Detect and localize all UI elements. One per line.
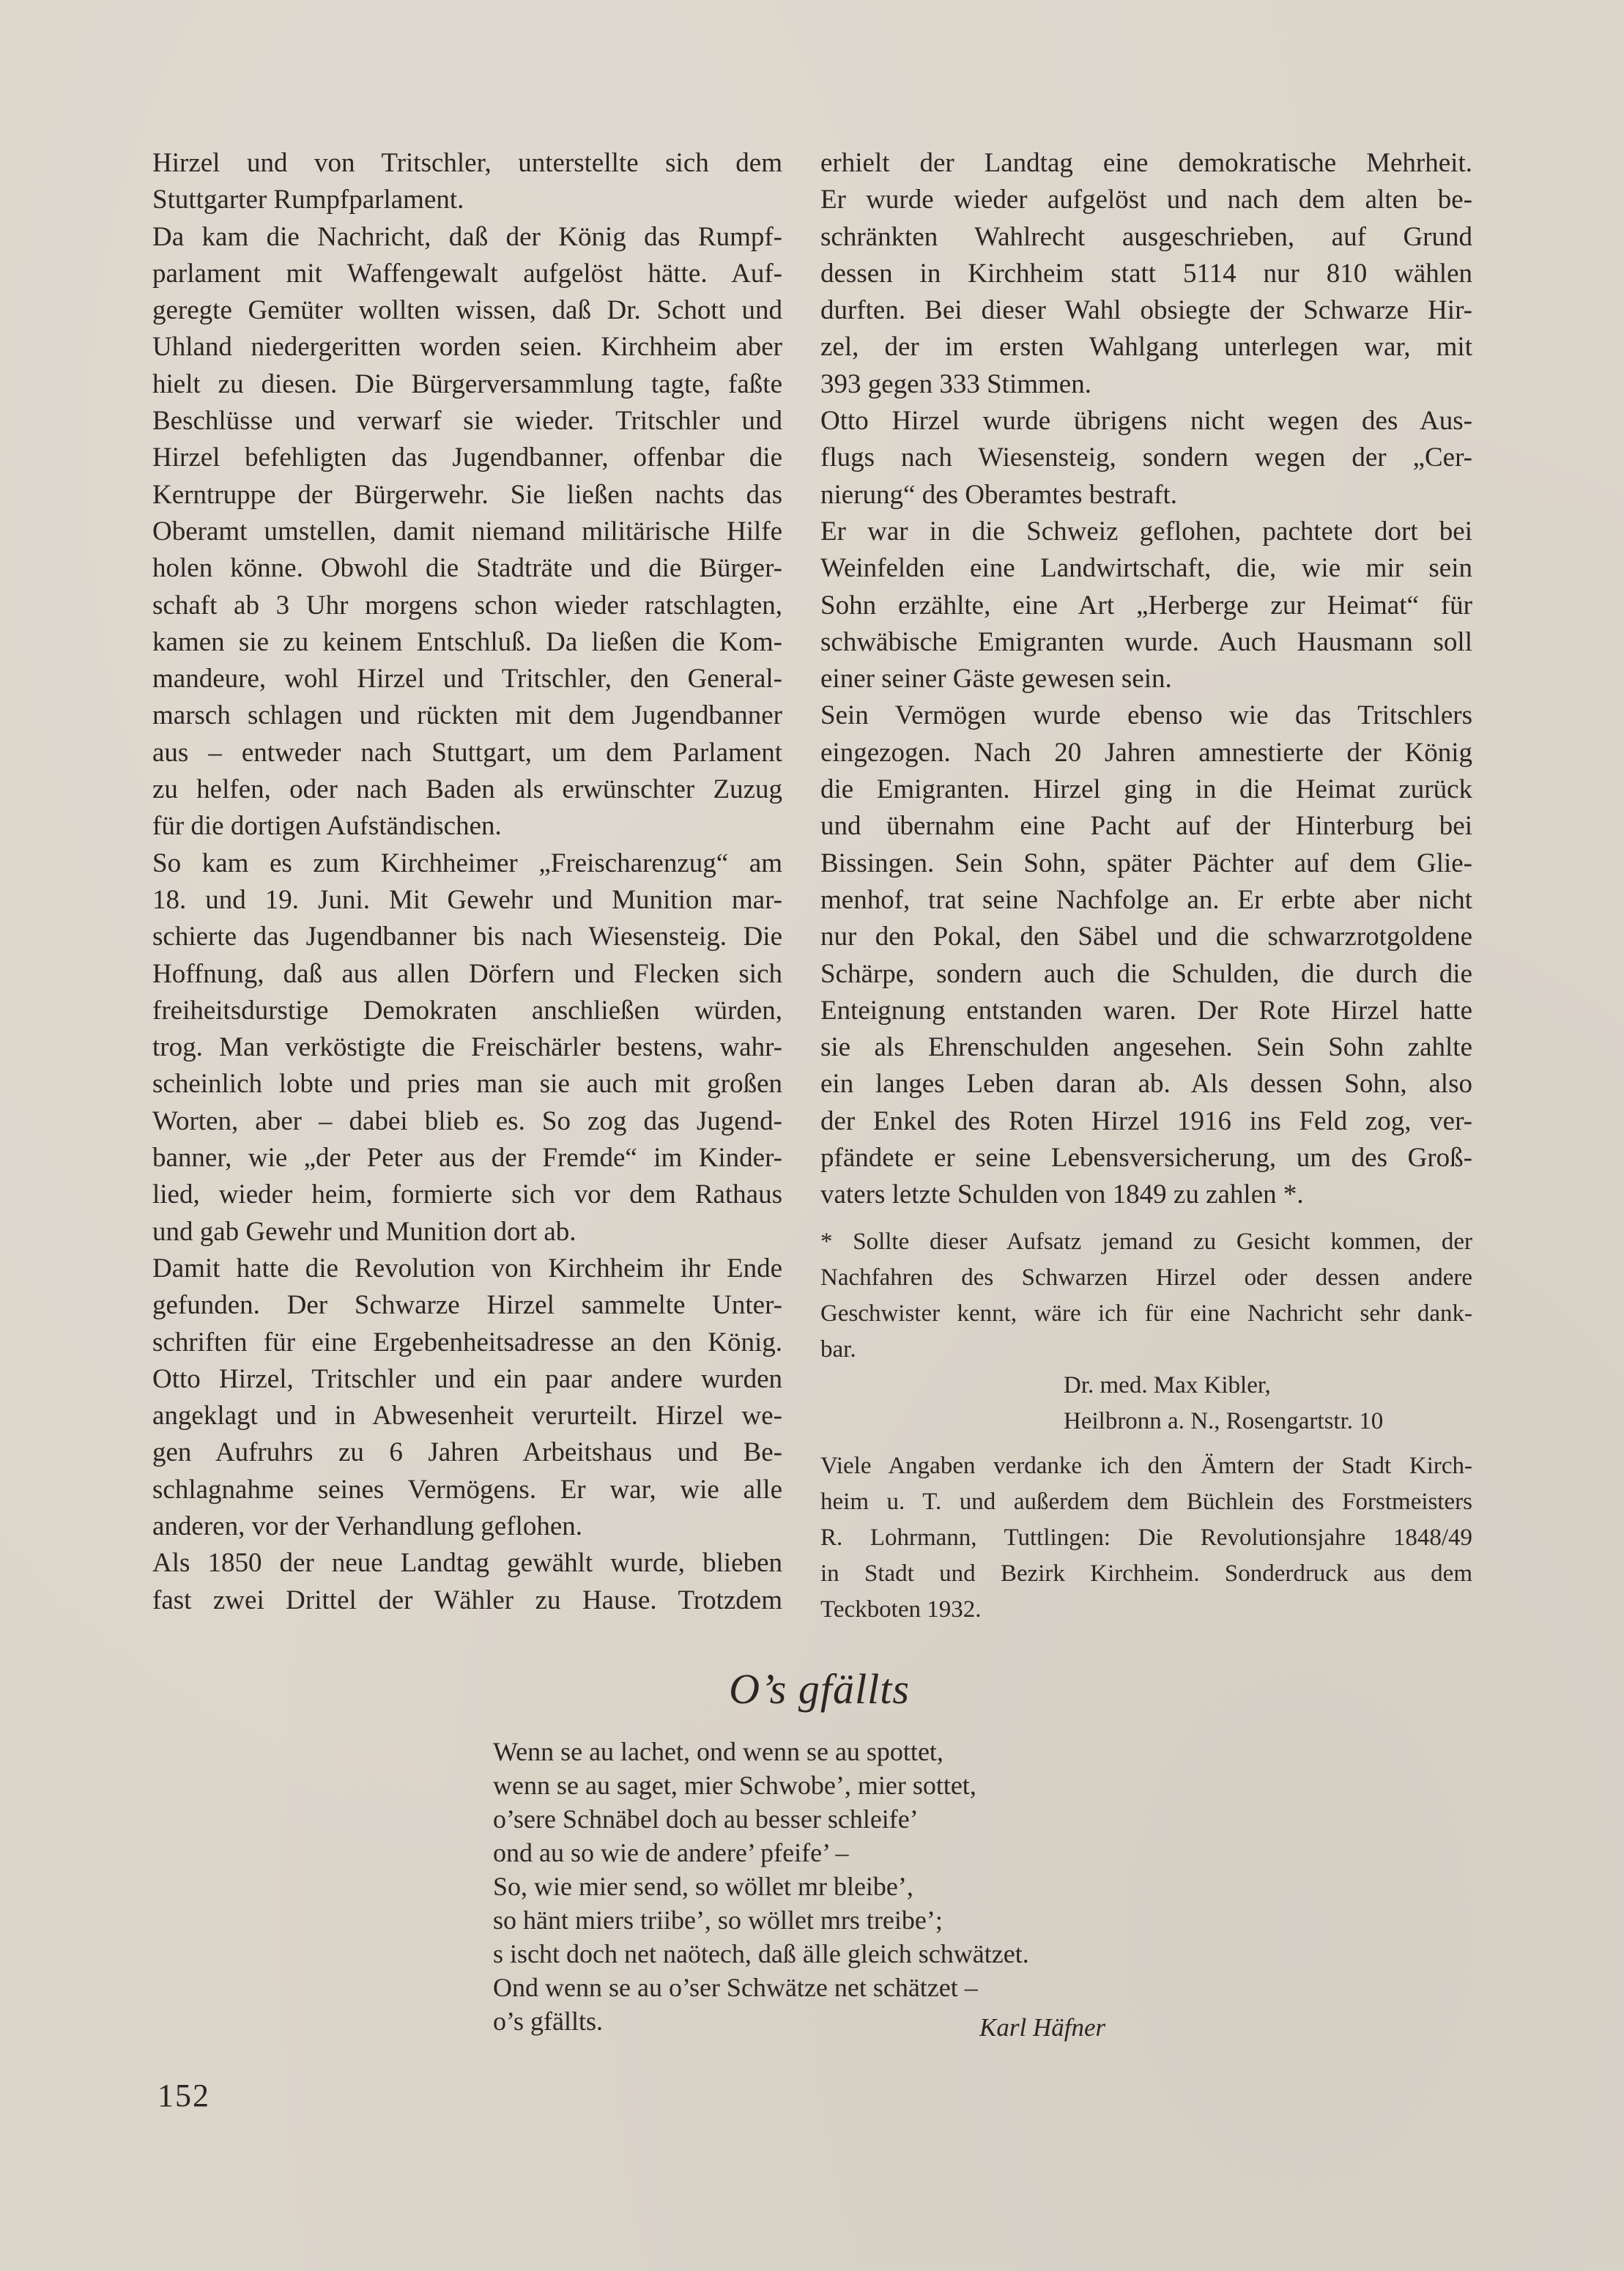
text-line: sie als Ehrenschulden angesehen. Sein So… xyxy=(820,1029,1472,1066)
poem-body: Wenn se au lachet, ond wenn se au spotte… xyxy=(493,1735,1029,2038)
paragraph: Er war in die Schweiz geflohen, pachtete… xyxy=(820,514,1472,697)
poem-verse: o’sere Schnäbel doch au besser schleife’ xyxy=(493,1802,1029,1836)
text-line: erhielt der Landtag eine demokratische M… xyxy=(820,145,1472,182)
text-line: kamen sie zu keinem Entschluß. Da ließen… xyxy=(152,624,782,661)
text-line: und übernahm eine Pacht auf der Hinterbu… xyxy=(820,808,1472,845)
text-line: Teckboten 1932. xyxy=(820,1592,1472,1628)
paragraph: Da kam die Nachricht, daß der König das … xyxy=(152,219,782,845)
text-line: der Enkel des Roten Hirzel 1916 ins Feld… xyxy=(820,1103,1472,1140)
text-line: einer seiner Gäste gewesen sein. xyxy=(820,661,1472,697)
text-line: Nachfahren des Schwarzen Hirzel oder des… xyxy=(820,1260,1472,1296)
poem-verse: Ond wenn se au o’ser Schwätze net schätz… xyxy=(493,1971,1029,2004)
text-line: anderen, vor der Verhandlung geflohen. xyxy=(152,1508,782,1545)
paragraph: So kam es zum Kirchheimer „Freischarenzu… xyxy=(152,845,782,1251)
text-line: Hirzel und von Tritschler, unterstellte … xyxy=(152,145,782,182)
text-line: flugs nach Wiesensteig, sondern wegen de… xyxy=(820,440,1472,476)
text-line: zel, der im ersten Wahlgang unterlegen w… xyxy=(820,329,1472,366)
text-line: * Sollte dieser Aufsatz jemand zu Gesich… xyxy=(820,1224,1472,1260)
text-line: Hoffnung, daß aus allen Dörfern und Flec… xyxy=(152,956,782,993)
poem-verse: So, wie mier send, so wöllet mr bleibe’, xyxy=(493,1870,1029,1903)
text-line: eingezogen. Nach 20 Jahren amnestierte d… xyxy=(820,735,1472,771)
text-line: Er war in die Schweiz geflohen, pachtete… xyxy=(820,514,1472,550)
text-line: und gab Gewehr und Munition dort ab. xyxy=(152,1214,782,1251)
text-line: Geschwister kennt, wäre ich für eine Nac… xyxy=(820,1296,1472,1332)
text-line: Bissingen. Sein Sohn, später Pächter auf… xyxy=(820,845,1472,882)
poem-verse: s ischt doch net naötech, daß älle gleic… xyxy=(493,1937,1029,1971)
article-left-column: Hirzel und von Tritschler, unterstellte … xyxy=(152,145,782,1619)
paragraph: Als 1850 der neue Landtag gewählt wurde,… xyxy=(152,1545,782,1619)
text-line: Hirzel befehligten das Jugendbanner, off… xyxy=(152,440,782,476)
text-line: bar. xyxy=(820,1332,1472,1368)
poem-verse: wenn se au saget, mier Schwobe’, mier so… xyxy=(493,1768,1029,1802)
text-line: durften. Bei dieser Wahl obsiegte der Sc… xyxy=(820,292,1472,329)
poem-verse: Wenn se au lachet, ond wenn se au spotte… xyxy=(493,1735,1029,1768)
text-line: die Emigranten. Hirzel ging in die Heima… xyxy=(820,771,1472,808)
text-line: marsch schlagen und rückten mit dem Juge… xyxy=(152,697,782,734)
text-line: 18. und 19. Juni. Mit Gewehr und Munitio… xyxy=(152,882,782,919)
poem-verse: so hänt miers triibe’, so wöllet mrs tre… xyxy=(493,1903,1029,1937)
text-line: trog. Man verköstigte die Freischärler b… xyxy=(152,1029,782,1066)
text-line: banner, wie „der Peter aus der Fremde“ i… xyxy=(152,1140,782,1177)
text-line: pfändete er seine Lebensversicherung, um… xyxy=(820,1140,1472,1177)
text-line: Kerntruppe der Bürgerwehr. Sie ließen na… xyxy=(152,477,782,514)
text-line: Sohn erzählte, eine Art „Herberge zur He… xyxy=(820,588,1472,624)
text-line: parlament mit Waffengewalt aufgelöst hät… xyxy=(152,256,782,292)
text-line: menhof, trat seine Nachfolge an. Er erbt… xyxy=(820,882,1472,919)
footnote: * Sollte dieser Aufsatz jemand zu Gesich… xyxy=(820,1224,1472,1368)
text-line: Oberamt umstellen, damit niemand militär… xyxy=(152,514,782,550)
text-line: Otto Hirzel wurde übrigens nicht wegen d… xyxy=(820,403,1472,440)
sources-note: Viele Angaben verdanke ich den Ämtern de… xyxy=(820,1448,1472,1628)
paragraph: Sein Vermögen wurde ebenso wie das Trits… xyxy=(820,697,1472,1213)
text-line: Sein Vermögen wurde ebenso wie das Trits… xyxy=(820,697,1472,734)
text-line: schierte das Jugendbanner bis nach Wiese… xyxy=(152,919,782,955)
text-line: Heilbronn a. N., Rosengartstr. 10 xyxy=(1064,1404,1472,1440)
text-line: zu helfen, oder nach Baden als erwünscht… xyxy=(152,771,782,808)
paragraph: erhielt der Landtag eine demokratische M… xyxy=(820,145,1472,403)
poem-title: O’s gfällts xyxy=(0,1664,1624,1714)
text-line: geregte Gemüter wollten wissen, daß Dr. … xyxy=(152,292,782,329)
text-line: in Stadt und Bezirk Kirchheim. Sonderdru… xyxy=(820,1556,1472,1592)
text-line: Er wurde wieder aufgelöst und nach dem a… xyxy=(820,182,1472,218)
text-line: angeklagt und in Abwesenheit verurteilt.… xyxy=(152,1398,782,1434)
text-line: Worten, aber – dabei blieb es. So zog da… xyxy=(152,1103,782,1140)
text-line: Otto Hirzel, Tritschler und ein paar and… xyxy=(152,1361,782,1398)
text-line: freiheitsdurstige Demokraten anschließen… xyxy=(152,993,782,1029)
paragraph: Damit hatte die Revolution von Kirchheim… xyxy=(152,1251,782,1545)
text-line: 393 gegen 333 Stimmen. xyxy=(820,366,1472,403)
text-line: aus – entweder nach Stuttgart, um dem Pa… xyxy=(152,735,782,771)
text-line: gen Aufruhrs zu 6 Jahren Arbeitshaus und… xyxy=(152,1434,782,1471)
poem-author: Karl Häfner xyxy=(979,2013,1105,2042)
text-line: Schärpe, sondern auch die Schulden, die … xyxy=(820,956,1472,993)
author-signature: Dr. med. Max Kibler,Heilbronn a. N., Ros… xyxy=(1064,1368,1472,1440)
poem-verse: o’s gfällts. xyxy=(493,2004,1029,2038)
text-line: ein langes Leben daran ab. Als dessen So… xyxy=(820,1066,1472,1103)
paragraph: Hirzel und von Tritschler, unterstellte … xyxy=(152,145,782,219)
text-line: Als 1850 der neue Landtag gewählt wurde,… xyxy=(152,1545,782,1582)
text-line: Weinfelden eine Landwirtschaft, die, wie… xyxy=(820,550,1472,587)
text-line: lied, wieder heim, formierte sich vor de… xyxy=(152,1177,782,1213)
article-right-column: erhielt der Landtag eine demokratische M… xyxy=(820,145,1472,1628)
text-line: schriften für eine Ergebenheitsadresse a… xyxy=(152,1325,782,1361)
text-line: heim u. T. und außerdem dem Büchlein des… xyxy=(820,1484,1472,1520)
paragraph: Otto Hirzel wurde übrigens nicht wegen d… xyxy=(820,403,1472,514)
text-line: gefunden. Der Schwarze Hirzel sammelte U… xyxy=(152,1287,782,1324)
page-number: 152 xyxy=(157,2077,210,2114)
text-line: dessen in Kirchheim statt 5114 nur 810 w… xyxy=(820,256,1472,292)
text-line: nierung“ des Oberamtes bestraft. xyxy=(820,477,1472,514)
text-line: scheinlich lobte und pries man sie auch … xyxy=(152,1066,782,1103)
poem-verse: ond au so wie de andere’ pfeife’ – xyxy=(493,1836,1029,1870)
article-right-paragraphs: erhielt der Landtag eine demokratische M… xyxy=(820,145,1472,1214)
text-line: So kam es zum Kirchheimer „Freischarenzu… xyxy=(152,845,782,882)
text-line: Stuttgarter Rumpfparlament. xyxy=(152,182,782,218)
text-line: Enteignung entstanden waren. Der Rote Hi… xyxy=(820,993,1472,1029)
text-line: hielt zu diesen. Die Bürgerversammlung t… xyxy=(152,366,782,403)
text-line: Da kam die Nachricht, daß der König das … xyxy=(152,219,782,256)
text-line: Dr. med. Max Kibler, xyxy=(1064,1368,1472,1404)
text-line: schaft ab 3 Uhr morgens schon wieder rat… xyxy=(152,588,782,624)
text-line: für die dortigen Aufständischen. xyxy=(152,808,782,845)
text-line: mandeure, wohl Hirzel und Tritschler, de… xyxy=(152,661,782,697)
text-line: R. Lohrmann, Tuttlingen: Die Revolutions… xyxy=(820,1520,1472,1556)
poem-title-text: O’s gfällts xyxy=(729,1665,910,1713)
text-line: vaters letzte Schulden von 1849 zu zahle… xyxy=(820,1177,1472,1213)
text-line: schwäbische Emigranten wurde. Auch Hausm… xyxy=(820,624,1472,661)
text-line: schränkten Wahlrecht ausgeschrieben, auf… xyxy=(820,219,1472,256)
text-line: Beschlüsse und verwarf sie wieder. Trits… xyxy=(152,403,782,440)
text-line: fast zwei Drittel der Wähler zu Hause. T… xyxy=(152,1582,782,1619)
text-line: Viele Angaben verdanke ich den Ämtern de… xyxy=(820,1448,1472,1484)
text-line: holen könne. Obwohl die Stadträte und di… xyxy=(152,550,782,587)
text-line: nur den Pokal, den Säbel und die schwarz… xyxy=(820,919,1472,955)
text-line: schlagnahme seines Vermögens. Er war, wi… xyxy=(152,1472,782,1508)
text-line: Damit hatte die Revolution von Kirchheim… xyxy=(152,1251,782,1287)
text-line: Uhland niedergeritten worden seien. Kirc… xyxy=(152,329,782,366)
